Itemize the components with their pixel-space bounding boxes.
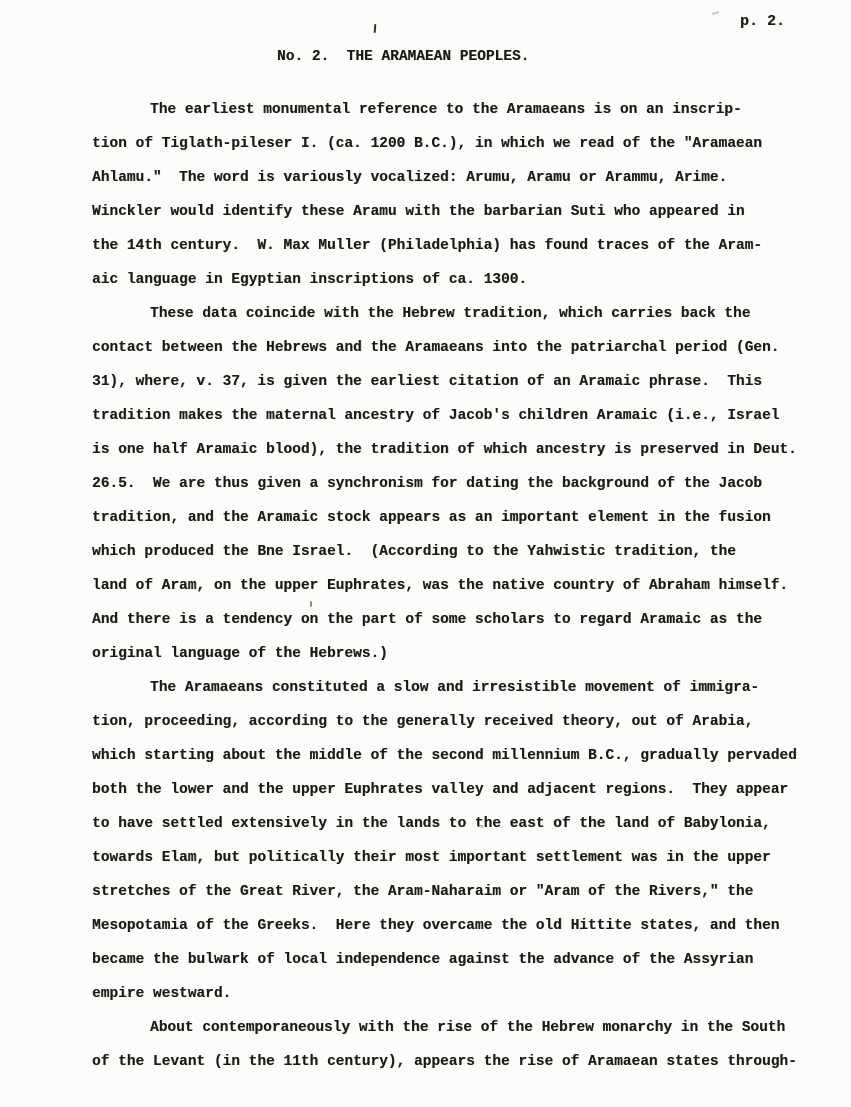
- text-line: the 14th century. W. Max Muller (Philade…: [92, 229, 812, 263]
- text-line: original language of the Hebrews.): [92, 637, 812, 671]
- document-title: No. 2. THE ARAMAEAN PEOPLES.: [277, 40, 529, 74]
- text-line: About contemporaneously with the rise of…: [92, 1011, 812, 1045]
- text-line: These data coincide with the Hebrew trad…: [92, 297, 812, 331]
- text-line: tradition makes the maternal ancestry of…: [92, 399, 812, 433]
- text-line: And there is a tendency on the part of s…: [92, 603, 812, 637]
- scan-speck: [310, 601, 312, 607]
- text-line: The earliest monumental reference to the…: [92, 93, 812, 127]
- scan-speck: [712, 11, 719, 15]
- text-line: to have settled extensively in the lands…: [92, 807, 812, 841]
- text-line: became the bulwark of local independence…: [92, 943, 812, 977]
- text-line: 26.5. We are thus given a synchronism fo…: [92, 467, 812, 501]
- paragraph-4: About contemporaneously with the rise of…: [92, 1011, 812, 1079]
- text-line: of the Levant (in the 11th century), app…: [92, 1045, 812, 1079]
- paragraph-3: The Aramaeans constituted a slow and irr…: [92, 671, 812, 1011]
- scan-speck: [374, 24, 377, 33]
- text-line: tion, proceeding, according to the gener…: [92, 705, 812, 739]
- text-line: tradition, and the Aramaic stock appears…: [92, 501, 812, 535]
- document-body: The earliest monumental reference to the…: [92, 93, 812, 1079]
- text-line: The Aramaeans constituted a slow and irr…: [92, 671, 812, 705]
- text-line: Winckler would identify these Aramu with…: [92, 195, 812, 229]
- paragraph-2: These data coincide with the Hebrew trad…: [92, 297, 812, 671]
- text-line: Mesopotamia of the Greeks. Here they ove…: [92, 909, 812, 943]
- text-line: contact between the Hebrews and the Aram…: [92, 331, 812, 365]
- text-line: tion of Tiglath-pileser I. (ca. 1200 B.C…: [92, 127, 812, 161]
- text-line: stretches of the Great River, the Aram-N…: [92, 875, 812, 909]
- paragraph-1: The earliest monumental reference to the…: [92, 93, 812, 297]
- text-line: both the lower and the upper Euphrates v…: [92, 773, 812, 807]
- text-line: Ahlamu." The word is variously vocalized…: [92, 161, 812, 195]
- text-line: which starting about the middle of the s…: [92, 739, 812, 773]
- text-line: 31), where, v. 37, is given the earliest…: [92, 365, 812, 399]
- page-number: p. 2.: [740, 5, 785, 39]
- text-line: is one half Aramaic blood), the traditio…: [92, 433, 812, 467]
- text-line: which produced the Bne Israel. (Accordin…: [92, 535, 812, 569]
- text-line: towards Elam, but politically their most…: [92, 841, 812, 875]
- document-page: p. 2. No. 2. THE ARAMAEAN PEOPLES. The e…: [0, 0, 851, 1107]
- text-line: land of Aram, on the upper Euphrates, wa…: [92, 569, 812, 603]
- text-line: aic language in Egyptian inscriptions of…: [92, 263, 812, 297]
- text-line: empire westward.: [92, 977, 812, 1011]
